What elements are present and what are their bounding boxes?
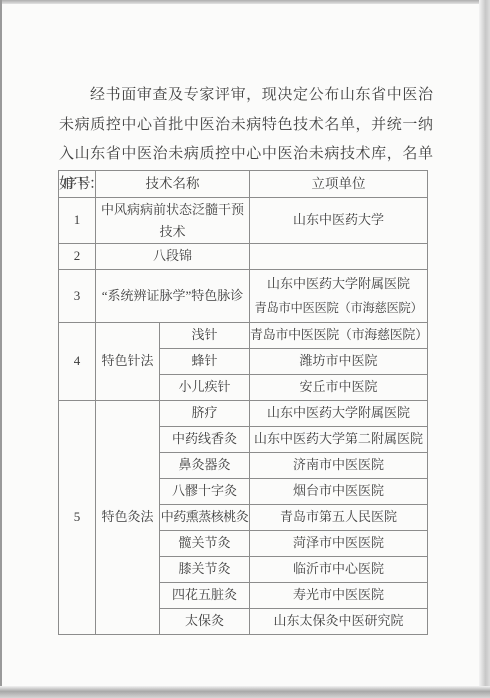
table-row: 3 “系统辨证脉学”特色脉诊 山东中医药大学附属医院 青岛市中医医院（市海慈医院… (59, 270, 428, 323)
category-cell: 特色灸法 (96, 401, 160, 635)
tech-name-cell: 小儿疾针 (160, 375, 250, 401)
unit-line: 山东中医药大学附属医院 (250, 272, 427, 296)
tech-name-cell: 中风病病前状态泛髓干预技术 (96, 198, 250, 244)
unit-cell: 山东中医药大学第二附属医院 (250, 427, 428, 453)
tech-name-cell: 蜂针 (160, 349, 250, 375)
tech-name-cell: 八髎十字灸 (160, 479, 250, 505)
tech-name-cell: 鼻灸器灸 (160, 453, 250, 479)
scan-edge-right (479, 0, 490, 698)
header-tech-name: 技术名称 (96, 171, 250, 198)
table-row: 2 八段锦 (59, 244, 428, 270)
tech-name-cell: “系统辨证脉学”特色脉诊 (96, 270, 250, 323)
unit-cell: 安丘市中医院 (250, 375, 428, 401)
tech-name-cell: 浅针 (160, 323, 250, 349)
table-row: 4 特色针法 浅针 青岛市中医医院（市海慈医院） (59, 323, 428, 349)
header-project-unit: 立项单位 (250, 171, 428, 198)
unit-cell: 济南市中医医院 (250, 453, 428, 479)
tech-name-cell: 脐疗 (160, 401, 250, 427)
header-index: 序号 (59, 171, 96, 198)
tech-name-cell: 太保灸 (160, 609, 250, 635)
table-header-row: 序号 技术名称 立项单位 (59, 171, 428, 198)
unit-cell: 临沂市中心医院 (250, 557, 428, 583)
tech-name-cell: 髋关节灸 (160, 531, 250, 557)
unit-cell: 山东中医药大学 (250, 198, 428, 244)
row-index: 4 (59, 323, 96, 401)
tech-name-cell: 八段锦 (96, 244, 250, 270)
tech-name-cell: 中药熏蒸核桃灸 (160, 505, 250, 531)
row-index: 3 (59, 270, 96, 323)
scan-edge-left (0, 0, 2, 698)
unit-line: 青岛市中医医院（市海慈医院） (250, 296, 427, 320)
unit-cell (250, 244, 428, 270)
unit-cell: 山东中医药大学附属医院 (250, 401, 428, 427)
unit-cell: 山东太保灸中医研究院 (250, 609, 428, 635)
row-index: 2 (59, 244, 96, 270)
scan-edge-bottom (0, 686, 490, 698)
tech-name-cell: 四花五脏灸 (160, 583, 250, 609)
unit-cell: 山东中医药大学附属医院 青岛市中医医院（市海慈医院） (250, 270, 428, 323)
tech-name-cell: 中药线香灸 (160, 427, 250, 453)
scan-edge-top (0, 0, 490, 4)
tech-name-cell: 膝关节灸 (160, 557, 250, 583)
unit-cell: 烟台市中医医院 (250, 479, 428, 505)
table-row: 1 中风病病前状态泛髓干预技术 山东中医药大学 (59, 198, 428, 244)
row-index: 5 (59, 401, 96, 635)
unit-cell: 潍坊市中医院 (250, 349, 428, 375)
category-cell: 特色针法 (96, 323, 160, 401)
unit-cell: 菏泽市中医医院 (250, 531, 428, 557)
unit-cell: 青岛市中医医院（市海慈医院） (250, 323, 428, 349)
table-row: 5 特色灸法 脐疗 山东中医药大学附属医院 (59, 401, 428, 427)
technique-table: 序号 技术名称 立项单位 1 中风病病前状态泛髓干预技术 山东中医药大学 2 八… (58, 170, 428, 635)
unit-cell: 青岛市第五人民医院 (250, 505, 428, 531)
unit-cell: 寿光市中医医院 (250, 583, 428, 609)
row-index: 1 (59, 198, 96, 244)
